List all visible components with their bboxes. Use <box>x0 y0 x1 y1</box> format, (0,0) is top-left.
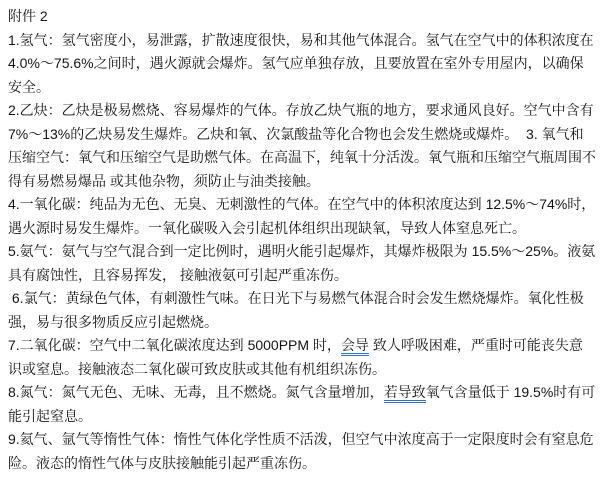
text-run: 得有易燃易爆品 或其他杂物，须防止与油类接触。 <box>8 173 320 189</box>
text-run: 遇火源时易发生爆炸。一氧化碳吸入会引起机体组织出现缺氧，导致人体窒息死亡。 <box>8 220 526 236</box>
text-run: 氧气含量低于 19.5%时有可 <box>426 384 596 400</box>
document-line: 能引起窒息。 <box>8 405 601 429</box>
document-line: 得有易燃易爆品 或其他杂物，须防止与油类接触。 <box>8 170 601 194</box>
text-run: 7%～13%的乙炔易发生爆炸。乙炔和氧、次氯酸盐等化合物也会发生燃烧或爆炸。 3… <box>8 126 584 142</box>
text-run: 险。液态的惰性气体与皮肤接触能引起严重冻伤。 <box>8 455 316 471</box>
document-line: 7%～13%的乙炔易发生爆炸。乙炔和氧、次氯酸盐等化合物也会发生燃烧或爆炸。 3… <box>8 123 601 147</box>
text-run: 7.二氧化碳：空气中二氧化碳浓度达到 5000PPM 时， <box>8 337 341 353</box>
document-line: 险。液态的惰性气体与皮肤接触能引起严重冻伤。 <box>8 452 601 476</box>
document-body: 1.氢气：氢气密度小，易泄露，扩散速度很快，易和其他气体混合。氢气在空气中的体积… <box>8 29 601 476</box>
attachment-document: 附件 2 1.氢气：氢气密度小，易泄露，扩散速度很快，易和其他气体混合。氢气在空… <box>0 0 609 482</box>
text-run: 致人呼吸困难，严重时可能丧失意 <box>369 337 583 353</box>
document-line: 识或窒息。接触液态二氧化碳可致皮肤或其他有机组织冻伤。 <box>8 358 601 382</box>
text-run: 5.氨气：氨气与空气混合到一定比例时，遇明火能引起爆炸，其爆炸极限为 15.5%… <box>8 243 595 259</box>
text-run: 4.一氧化碳：纯品为无色、无臭、无刺激性的气体。在空气中的体积浓度达到 12.5… <box>8 196 595 212</box>
document-line: 6.氯气：黄绿色气体，有刺激性气味。在日光下与易燃气体混合时会发生燃烧爆炸。氧化… <box>8 287 601 311</box>
text-run: 4.0%～75.6%之间时，遇火源就会爆炸。氢气应单独存放，且要放置在室外专用屋… <box>8 55 584 71</box>
grammar-check-underline: 若导致 <box>384 384 426 403</box>
document-line: 2.乙炔：乙炔是极易燃烧、容易爆炸的气体。存放乙炔气瓶的地方，要求通风良好。空气… <box>8 99 601 123</box>
text-run: 9.氦气、氩气等惰性气体：惰性气体化学性质不活泼，但空气中浓度高于一定限度时会有… <box>8 431 594 447</box>
document-title: 附件 2 <box>8 5 601 29</box>
document-line: 4.0%～75.6%之间时，遇火源就会爆炸。氢气应单独存放，且要放置在室外专用屋… <box>8 52 601 76</box>
document-line: 1.氢气：氢气密度小，易泄露，扩散速度很快，易和其他气体混合。氢气在空气中的体积… <box>8 29 601 53</box>
document-line: 具有腐蚀性，且容易挥发， 接触液氨可引起严重冻伤。 <box>8 264 601 288</box>
document-line: 遇火源时易发生爆炸。一氧化碳吸入会引起机体组织出现缺氧，导致人体窒息死亡。 <box>8 217 601 241</box>
document-line: 强，易与很多物质反应引起燃烧。 <box>8 311 601 335</box>
text-run: 6.氯气：黄绿色气体，有刺激性气味。在日光下与易燃气体混合时会发生燃烧爆炸。氧化… <box>8 290 584 306</box>
text-run: 具有腐蚀性，且容易挥发， 接触液氨可引起严重冻伤。 <box>8 267 348 283</box>
text-run: 2.乙炔：乙炔是极易燃烧、容易爆炸的气体。存放乙炔气瓶的地方，要求通风良好。空气… <box>8 102 594 118</box>
text-run: 强，易与很多物质反应引起燃烧。 <box>8 314 218 330</box>
document-line: 4.一氧化碳：纯品为无色、无臭、无刺激性的气体。在空气中的体积浓度达到 12.5… <box>8 193 601 217</box>
grammar-check-underline: 会导 <box>341 337 369 356</box>
text-run: 压缩空气：氧气和压缩空气是助燃气体。在高温下，纯氧十分活泼。氧气瓶和压缩空气瓶周… <box>8 149 596 165</box>
document-line: 8.氮气：氮气无色、无味、无毒，且不燃烧。氮气含量增加，若导致氧气含量低于 19… <box>8 381 601 405</box>
text-run: 1.氢气：氢气密度小，易泄露，扩散速度很快，易和其他气体混合。氢气在空气中的体积… <box>8 32 594 48</box>
document-line: 9.氦气、氩气等惰性气体：惰性气体化学性质不活泼，但空气中浓度高于一定限度时会有… <box>8 428 601 452</box>
document-line: 7.二氧化碳：空气中二氧化碳浓度达到 5000PPM 时，会导 致人呼吸困难，严… <box>8 334 601 358</box>
text-run: 8.氮气：氮气无色、无味、无毒，且不燃烧。氮气含量增加， <box>8 384 384 400</box>
document-line: 安全。 <box>8 76 601 100</box>
document-line: 压缩空气：氧气和压缩空气是助燃气体。在高温下，纯氧十分活泼。氧气瓶和压缩空气瓶周… <box>8 146 601 170</box>
document-line: 5.氨气：氨气与空气混合到一定比例时，遇明火能引起爆炸，其爆炸极限为 15.5%… <box>8 240 601 264</box>
text-run: 识或窒息。接触液态二氧化碳可致皮肤或其他有机组织冻伤。 <box>8 361 386 377</box>
text-run: 安全。 <box>8 79 50 95</box>
text-run: 能引起窒息。 <box>8 408 92 424</box>
